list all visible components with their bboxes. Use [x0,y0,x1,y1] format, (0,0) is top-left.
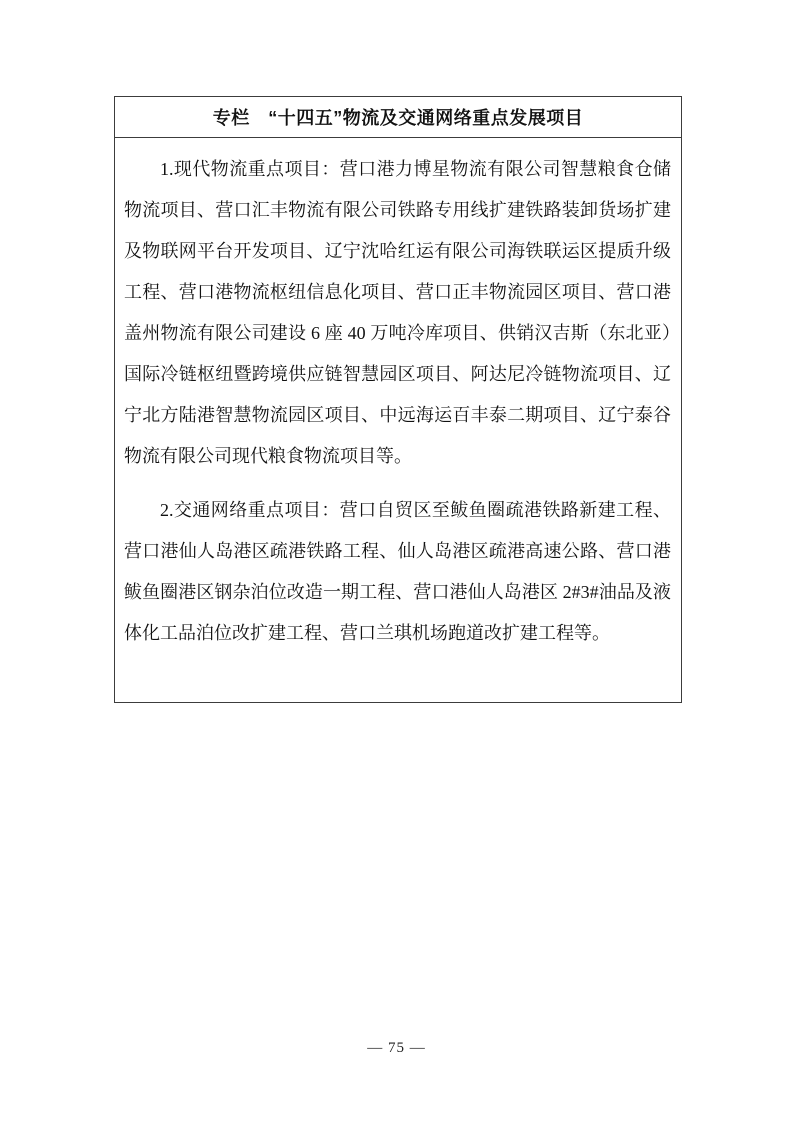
panel-header: 专栏 “十四五”物流及交通网络重点发展项目 [115,97,681,138]
panel-body: 1.现代物流重点项目：营口港力博星物流有限公司智慧粮食仓储物流项目、营口汇丰物流… [115,138,681,702]
paragraph-transport-network-projects: 2.交通网络重点项目：营口自贸区至鲅鱼圈疏港铁路新建工程、营口港仙人岛港区疏港铁… [124,490,671,654]
highlight-box: 专栏 “十四五”物流及交通网络重点发展项目 1.现代物流重点项目：营口港力博星物… [114,96,682,703]
document-page: 专栏 “十四五”物流及交通网络重点发展项目 1.现代物流重点项目：营口港力博星物… [0,0,793,1122]
panel-title: 专栏 “十四五”物流及交通网络重点发展项目 [213,104,584,130]
paragraph-modern-logistics-projects: 1.现代物流重点项目：营口港力博星物流有限公司智慧粮食仓储物流项目、营口汇丰物流… [124,149,671,477]
page-number: — 75 — [0,1040,793,1057]
